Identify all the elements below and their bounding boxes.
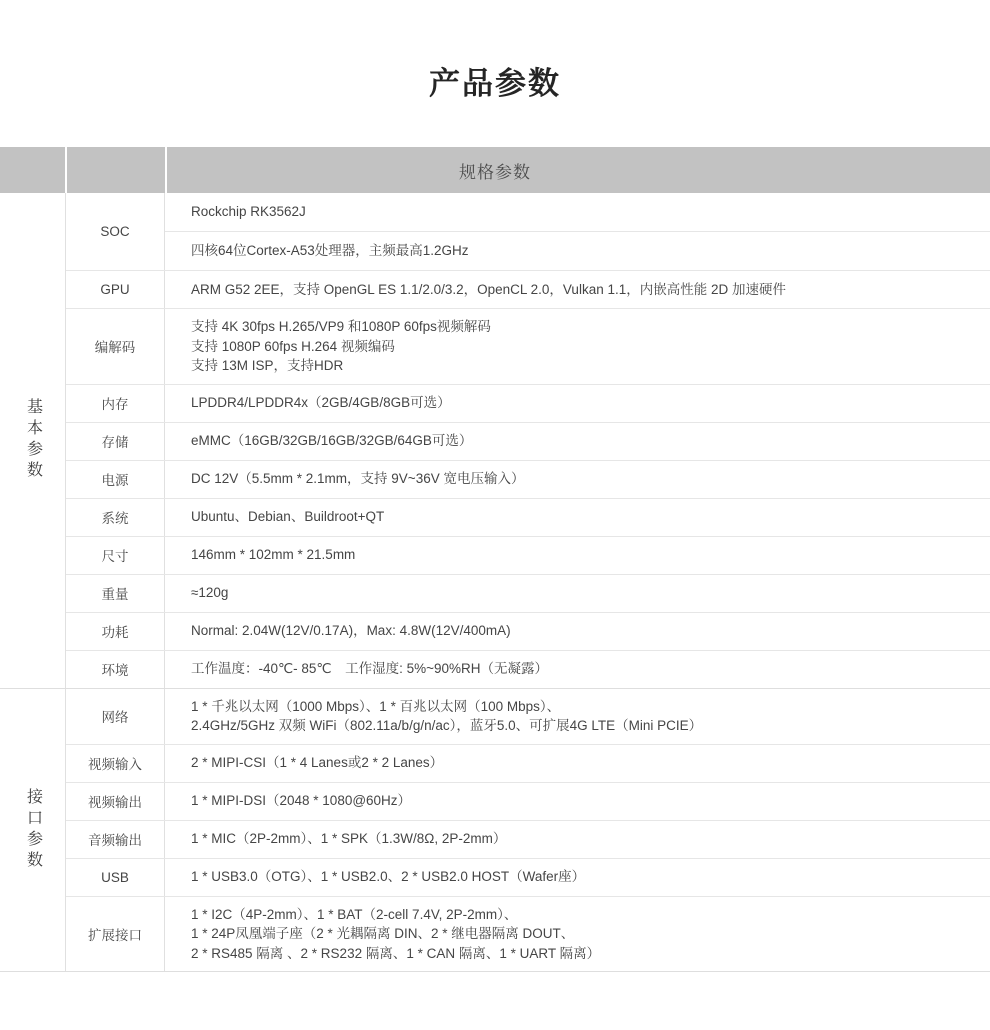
section-rows: 网络1 * 千兆以太网（1000 Mbps）、1 * 百兆以太网（100 Mbp… (66, 689, 990, 972)
row-label: 电源 (66, 461, 165, 498)
row-value: 支持 4K 30fps H.265/VP9 和1080P 60fps视频解码支持… (165, 309, 990, 384)
value-line: 支持 4K 30fps H.265/VP9 和1080P 60fps视频解码 (191, 317, 976, 337)
row-subvalue: 四核64位Cortex-A53处理器，主频最高1.2GHz (165, 232, 990, 270)
row-label: 系统 (66, 499, 165, 536)
row-value: DC 12V（5.5mm * 2.1mm，支持 9V~36V 宽电压输入） (165, 461, 990, 498)
table-row: 电源DC 12V（5.5mm * 2.1mm，支持 9V~36V 宽电压输入） (66, 460, 990, 498)
value-line: 支持 13M ISP，支持HDR (191, 356, 976, 376)
row-value: ARM G52 2EE，支持 OpenGL ES 1.1/2.0/3.2，Ope… (165, 271, 990, 308)
row-value: 146mm * 102mm * 21.5mm (165, 537, 990, 574)
row-value: ≈120g (165, 575, 990, 612)
section-basic-params: 基本参数SOCRockchip RK3562J四核64位Cortex-A53处理… (0, 193, 990, 689)
value-line: Normal: 2.04W(12V/0.17A)，Max: 4.8W(12V/4… (191, 621, 976, 641)
table-header-title: 规格参数 (0, 147, 990, 193)
row-value: 工作温度：-40℃- 85℃ 工作湿度: 5%~90%RH（无凝露） (165, 651, 990, 688)
value-line: Ubuntu、Debian、Buildroot+QT (191, 507, 976, 527)
table-row: 重量≈120g (66, 574, 990, 612)
row-label: 内存 (66, 385, 165, 422)
table-row: 功耗Normal: 2.04W(12V/0.17A)，Max: 4.8W(12V… (66, 612, 990, 650)
value-line: 2 * RS485 隔离 、2 * RS232 隔离、1 * CAN 隔离、1 … (191, 944, 976, 964)
row-label: 编解码 (66, 309, 165, 384)
section-side-cell: 接口参数 (0, 689, 66, 972)
table-row: SOCRockchip RK3562J四核64位Cortex-A53处理器，主频… (66, 193, 990, 270)
table-row: 扩展接口1 * I2C（4P-2mm）、1 * BAT（2-cell 7.4V,… (66, 896, 990, 972)
value-line: 1 * USB3.0（OTG）、1 * USB2.0、2 * USB2.0 HO… (191, 867, 976, 887)
row-value: 1 * MIC（2P-2mm）、1 * SPK（1.3W/8Ω, 2P-2mm） (165, 821, 990, 858)
table-row: 存储eMMC（16GB/32GB/16GB/32GB/64GB可选） (66, 422, 990, 460)
product-spec-page: 产品参数 规格参数 基本参数SOCRockchip RK3562J四核64位Co… (0, 0, 990, 1030)
value-line: 146mm * 102mm * 21.5mm (191, 545, 976, 565)
row-label: 视频输出 (66, 783, 165, 820)
row-value: Rockchip RK3562J四核64位Cortex-A53处理器，主频最高1… (165, 193, 990, 270)
value-line: 1 * 24P凤凰端子座（2 * 光耦隔离 DIN、2 * 继电器隔离 DOUT… (191, 924, 976, 944)
row-value: 1 * I2C（4P-2mm）、1 * BAT（2-cell 7.4V, 2P-… (165, 897, 990, 972)
spec-table: 规格参数 基本参数SOCRockchip RK3562J四核64位Cortex-… (0, 147, 990, 972)
value-line: 支持 1080P 60fps H.264 视频编码 (191, 337, 976, 357)
value-line: ≈120g (191, 583, 976, 603)
row-value: Ubuntu、Debian、Buildroot+QT (165, 499, 990, 536)
row-label: 存储 (66, 423, 165, 460)
value-line: 工作温度：-40℃- 85℃ 工作湿度: 5%~90%RH（无凝露） (191, 659, 976, 679)
value-line: DC 12V（5.5mm * 2.1mm，支持 9V~36V 宽电压输入） (191, 469, 976, 489)
section-interface-params: 接口参数网络1 * 千兆以太网（1000 Mbps）、1 * 百兆以太网（100… (0, 689, 990, 973)
row-label: 音频输出 (66, 821, 165, 858)
table-row: 音频输出1 * MIC（2P-2mm）、1 * SPK（1.3W/8Ω, 2P-… (66, 820, 990, 858)
row-label: 环境 (66, 651, 165, 688)
row-label: 扩展接口 (66, 897, 165, 972)
table-row: 尺寸146mm * 102mm * 21.5mm (66, 536, 990, 574)
value-line: 1 * MIC（2P-2mm）、1 * SPK（1.3W/8Ω, 2P-2mm） (191, 829, 976, 849)
page-title: 产品参数 (0, 58, 990, 103)
row-value: LPDDR4/LPDDR4x（2GB/4GB/8GB可选） (165, 385, 990, 422)
table-row: 网络1 * 千兆以太网（1000 Mbps）、1 * 百兆以太网（100 Mbp… (66, 689, 990, 744)
row-label: 重量 (66, 575, 165, 612)
table-row: 系统Ubuntu、Debian、Buildroot+QT (66, 498, 990, 536)
value-line: 2.4GHz/5GHz 双频 WiFi（802.11a/b/g/n/ac），蓝牙… (191, 716, 976, 736)
table-row: 编解码支持 4K 30fps H.265/VP9 和1080P 60fps视频解… (66, 308, 990, 384)
value-line: eMMC（16GB/32GB/16GB/32GB/64GB可选） (191, 431, 976, 451)
row-value: Normal: 2.04W(12V/0.17A)，Max: 4.8W(12V/4… (165, 613, 990, 650)
row-value: 2 * MIPI-CSI（1 * 4 Lanes或2 * 2 Lanes） (165, 745, 990, 782)
row-label: 视频输入 (66, 745, 165, 782)
table-row: 内存LPDDR4/LPDDR4x（2GB/4GB/8GB可选） (66, 384, 990, 422)
value-line: LPDDR4/LPDDR4x（2GB/4GB/8GB可选） (191, 393, 976, 413)
value-line: 1 * 千兆以太网（1000 Mbps）、1 * 百兆以太网（100 Mbps）… (191, 697, 976, 717)
row-value: 1 * MIPI-DSI（2048 * 1080@60Hz） (165, 783, 990, 820)
table-body: 基本参数SOCRockchip RK3562J四核64位Cortex-A53处理… (0, 193, 990, 972)
table-row: 环境工作温度：-40℃- 85℃ 工作湿度: 5%~90%RH（无凝露） (66, 650, 990, 688)
row-subvalue: Rockchip RK3562J (165, 193, 990, 232)
section-side-cell: 基本参数 (0, 193, 66, 688)
row-value: 1 * USB3.0（OTG）、1 * USB2.0、2 * USB2.0 HO… (165, 859, 990, 896)
table-row: USB1 * USB3.0（OTG）、1 * USB2.0、2 * USB2.0… (66, 858, 990, 896)
row-value: eMMC（16GB/32GB/16GB/32GB/64GB可选） (165, 423, 990, 460)
table-row: GPUARM G52 2EE，支持 OpenGL ES 1.1/2.0/3.2，… (66, 270, 990, 308)
row-label: GPU (66, 271, 165, 308)
section-title-vertical: 接口参数 (25, 788, 41, 872)
table-row: 视频输出1 * MIPI-DSI（2048 * 1080@60Hz） (66, 782, 990, 820)
row-label: 网络 (66, 689, 165, 744)
row-label: 尺寸 (66, 537, 165, 574)
table-row: 视频输入2 * MIPI-CSI（1 * 4 Lanes或2 * 2 Lanes… (66, 744, 990, 782)
table-header-row: 规格参数 (0, 147, 990, 193)
value-line: 1 * MIPI-DSI（2048 * 1080@60Hz） (191, 791, 976, 811)
section-title-vertical: 基本参数 (25, 398, 41, 482)
value-line: 1 * I2C（4P-2mm）、1 * BAT（2-cell 7.4V, 2P-… (191, 905, 976, 925)
row-value: 1 * 千兆以太网（1000 Mbps）、1 * 百兆以太网（100 Mbps）… (165, 689, 990, 744)
value-line: 2 * MIPI-CSI（1 * 4 Lanes或2 * 2 Lanes） (191, 753, 976, 773)
row-label: 功耗 (66, 613, 165, 650)
section-rows: SOCRockchip RK3562J四核64位Cortex-A53处理器，主频… (66, 193, 990, 688)
row-label: SOC (66, 193, 165, 270)
row-label: USB (66, 859, 165, 896)
value-line: ARM G52 2EE，支持 OpenGL ES 1.1/2.0/3.2，Ope… (191, 280, 976, 300)
